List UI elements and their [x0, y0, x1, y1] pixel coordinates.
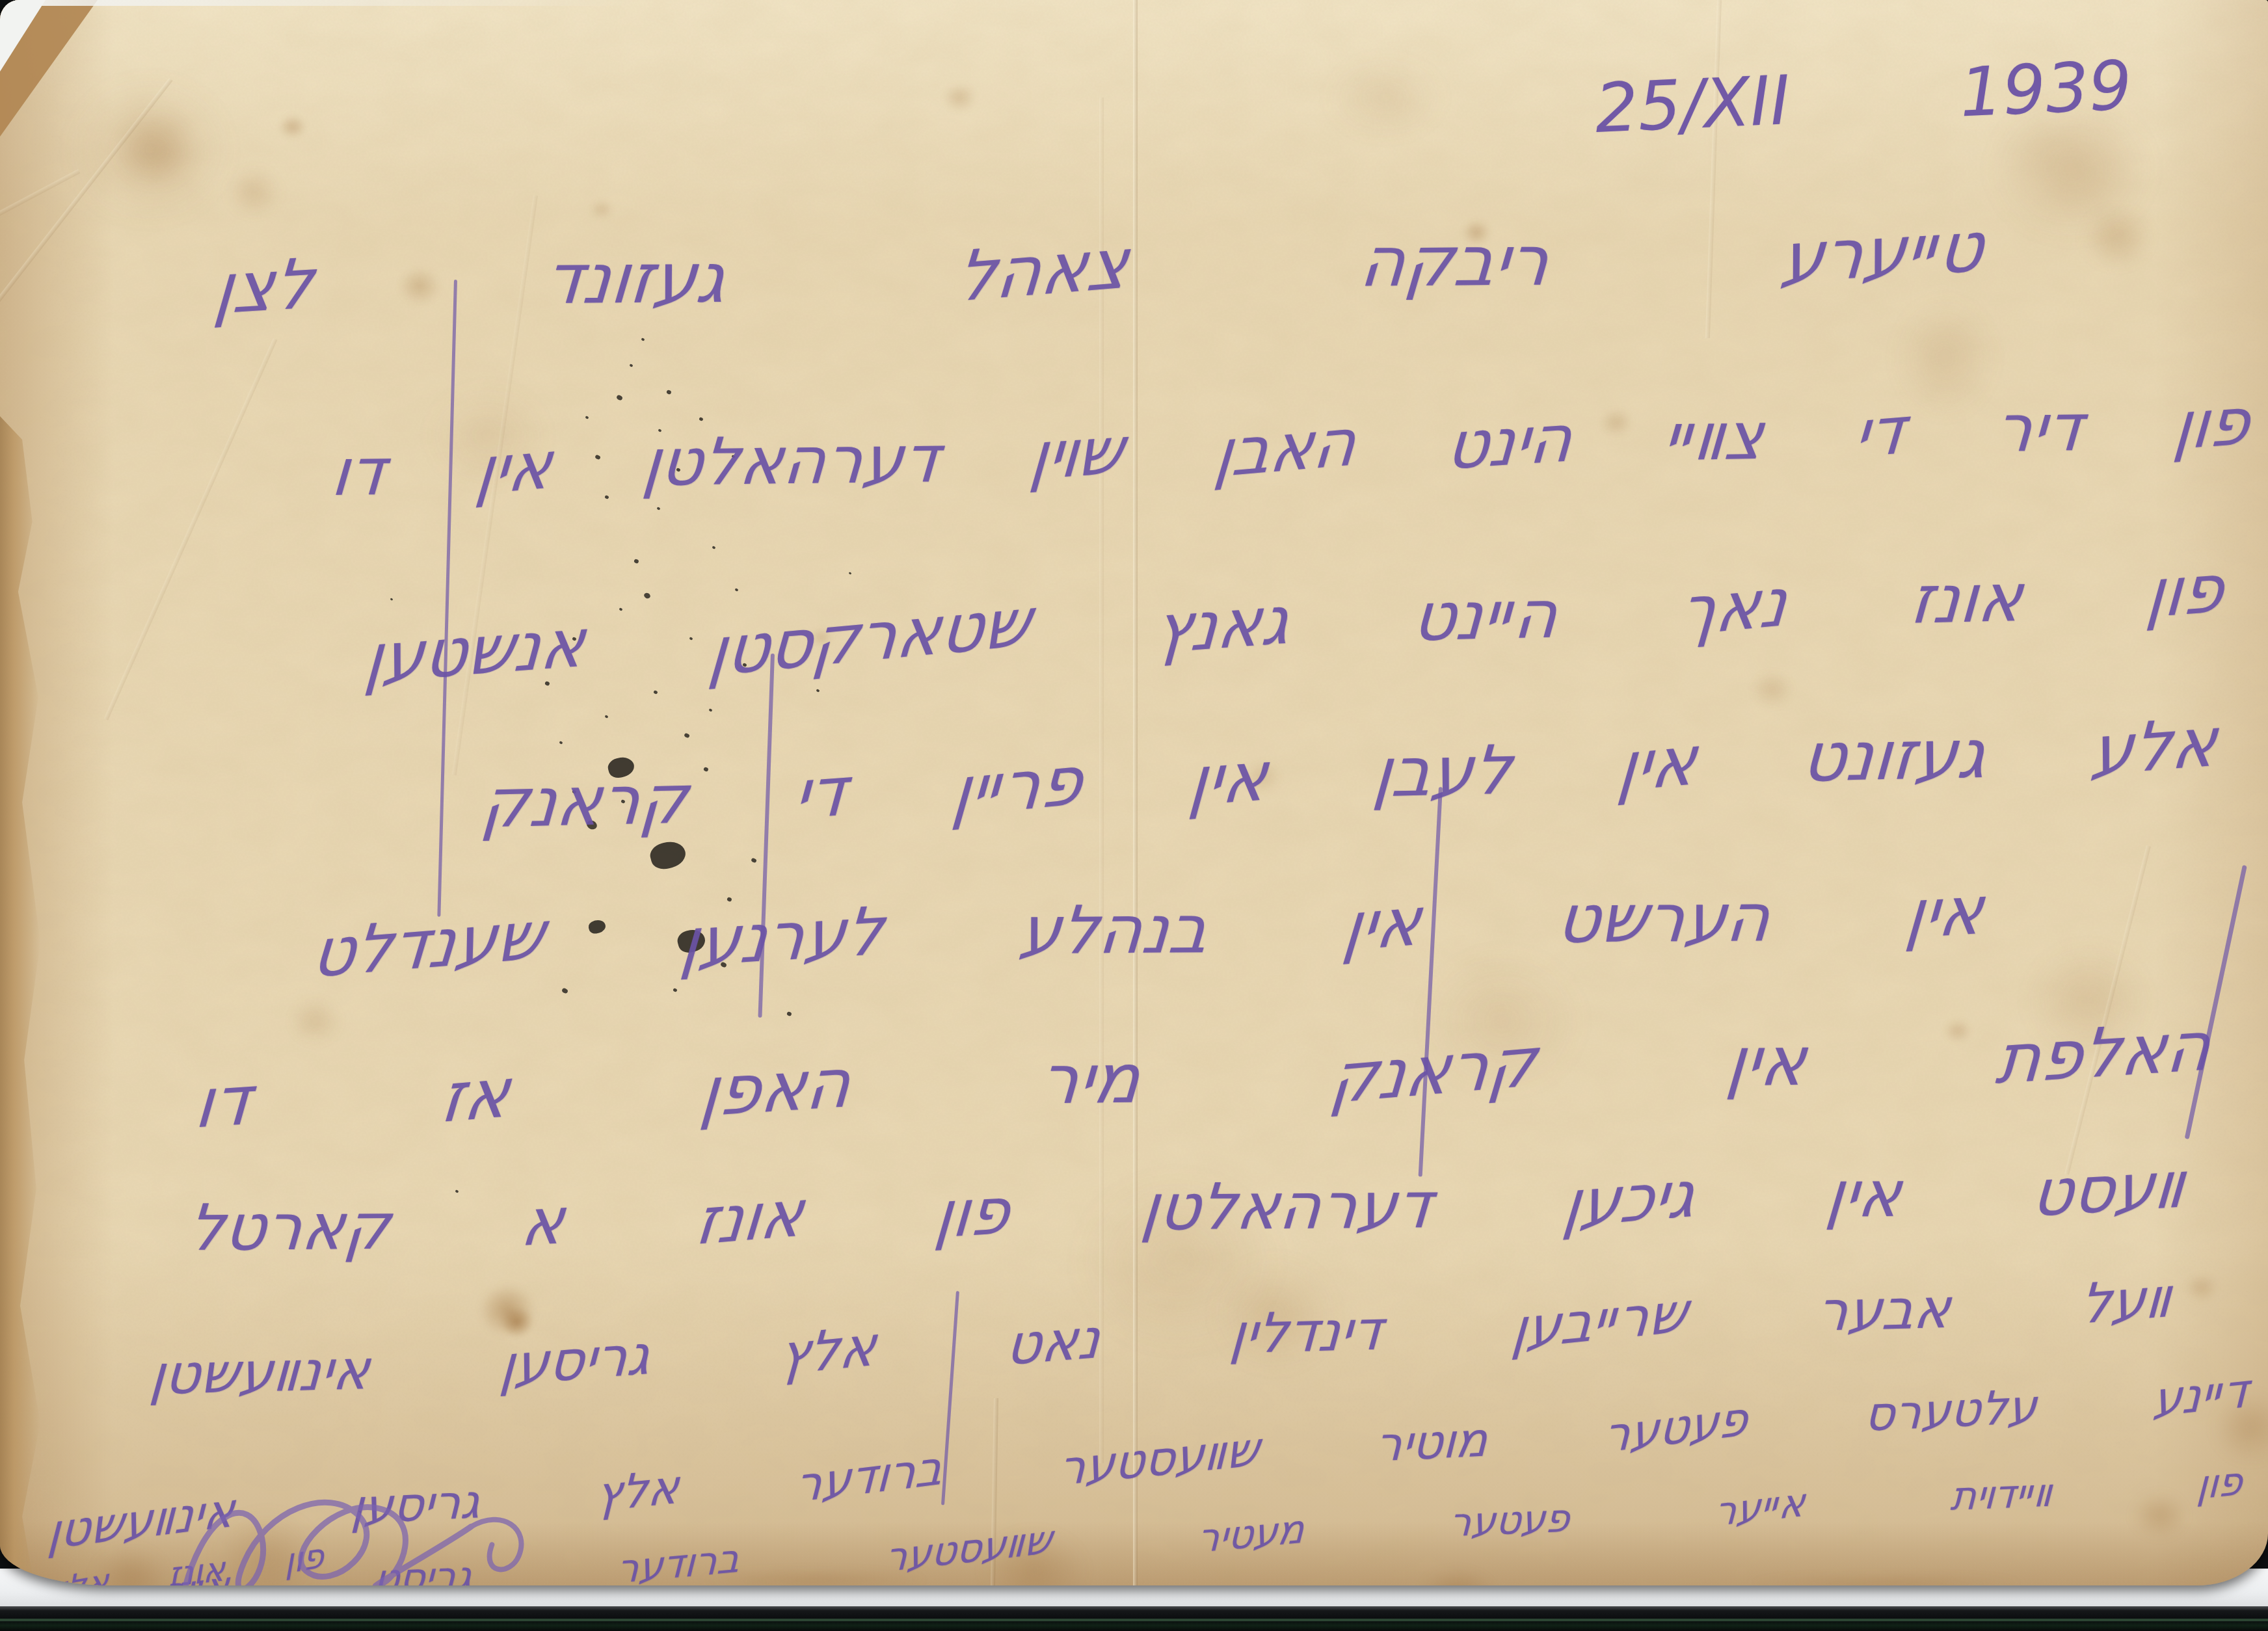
- decorative-mark: [1938, 1014, 1977, 1047]
- corner-chip-rim: [0, 0, 98, 137]
- handwritten-line-10: פוןװײדױתאײערפעטערמעטירשװעסטערברודערגריסט…: [163, 1459, 2243, 1585]
- handwritten-word: הײנט: [1409, 576, 1560, 656]
- handwritten-word: אין: [1614, 720, 1701, 808]
- handwritten-word: קראנק: [479, 760, 692, 843]
- decorative-mark: [594, 455, 601, 460]
- decorative-mark: [658, 429, 661, 432]
- handwritten-word: האפן: [697, 1042, 854, 1132]
- handwritten-word: פרײן: [948, 740, 1086, 833]
- decorative-mark: [937, 78, 982, 117]
- handwritten-word: שױן: [1027, 412, 1127, 495]
- decorative-mark: [699, 417, 703, 421]
- handwritten-word: אלע: [2088, 702, 2221, 791]
- decorative-mark: [1743, 663, 1802, 715]
- torn-left-edge: [0, 416, 40, 1585]
- decorative-mark: [1691, 1574, 2081, 1585]
- decorative-mark: [2185, 865, 2247, 1139]
- decorative-mark: [650, 1567, 976, 1585]
- handwritten-word: שרײבען: [1510, 1280, 1691, 1362]
- handwritten-word: דו: [192, 1060, 254, 1143]
- decorative-mark: [606, 754, 636, 780]
- signature-scribble: [161, 1441, 587, 1585]
- decorative-mark: [1301, 39, 1470, 156]
- handwritten-word: דערהאלטן: [1138, 1169, 1435, 1245]
- decorative-mark: [2198, 1379, 2268, 1476]
- decorative-mark: [731, 455, 735, 458]
- decorative-mark: [634, 559, 639, 564]
- handwritten-word: לעבן: [1370, 730, 1515, 813]
- postcard-scan: 25/XII 1939 טײערעריבקהצאהלגעזונדלצן פוןד…: [0, 0, 2268, 1631]
- decorative-mark: [390, 598, 394, 601]
- decorative-mark: [1705, 0, 1722, 338]
- handwritten-word: פון: [2195, 1459, 2244, 1509]
- decorative-mark: [1873, 273, 2016, 442]
- handwritten-word: טײערע: [1778, 206, 1988, 298]
- scanner-bed-green-line: [0, 1619, 2268, 1621]
- handwritten-word: אלץ: [595, 1459, 681, 1522]
- handwritten-word: הערשט: [1554, 879, 1774, 958]
- decorative-mark: [619, 607, 622, 611]
- decorative-mark: [0, 169, 80, 326]
- handwritten-word: גריסען: [350, 1474, 481, 1535]
- decorative-mark: [1457, 215, 1496, 250]
- handwritten-word: ברודער: [794, 1440, 944, 1513]
- decorative-mark: [684, 733, 690, 739]
- handwritten-word: אבער: [1815, 1277, 1954, 1344]
- decorative-mark: [708, 708, 712, 712]
- decorative-mark: [849, 572, 852, 575]
- decorative-mark: [390, 260, 449, 312]
- decorative-mark: [2003, 923, 2172, 1080]
- decorative-mark: [39, 52, 260, 247]
- handwritten-word: דיר: [1993, 390, 2087, 467]
- decorative-mark: [689, 637, 693, 641]
- handwritten-date: 25/XII 1939: [1594, 46, 2134, 148]
- handwritten-word: האלפת: [1993, 1006, 2215, 1100]
- decorative-mark: [0, 78, 173, 368]
- handwritten-line-2: פוןדירדיצװײהינטהאבןשױןדערהאלטןאיןדו: [331, 384, 2251, 511]
- handwritten-word: אנשטען: [362, 604, 588, 698]
- decorative-mark: [455, 1189, 459, 1193]
- paper-grain-texture: [0, 0, 2268, 1585]
- handwritten-word: דינדלין: [1228, 1298, 1385, 1366]
- decorative-mark: [494, 1301, 540, 1344]
- handwritten-word: קארטל: [185, 1190, 394, 1266]
- handwritten-word: פון: [285, 1536, 324, 1582]
- handwritten-line-8: װעלאבערשרײבעןדינדליןנאטאלץגריסעןאינװעשטן: [149, 1267, 2172, 1408]
- decorative-mark: [403, 364, 572, 507]
- handwritten-line-6: האלפתאיןקראנקמירהאפןאזדו: [194, 1010, 2212, 1142]
- decorative-mark: [2120, 1483, 2198, 1548]
- decorative-mark: [666, 390, 672, 395]
- handwritten-word: ברודער: [615, 1535, 741, 1585]
- handwritten-word: פעטער: [1448, 1496, 1571, 1546]
- decorative-mark: [1236, 754, 1288, 800]
- decorative-mark: [1041, 1145, 1314, 1379]
- handwritten-word: מיר: [1037, 1039, 1144, 1120]
- decorative-mark: [676, 468, 680, 472]
- decorative-mark: [452, 195, 538, 775]
- date-year: 1939: [1958, 46, 2134, 132]
- handwritten-word: אלץ: [777, 1314, 879, 1388]
- handwritten-word: אין: [1724, 1022, 1809, 1102]
- handwritten-line-7: װעסטאיןגיכעןדערהאלטןפוןאונזאקארטל: [188, 1151, 2186, 1267]
- decorative-mark: [98, 98, 215, 202]
- decorative-mark: [572, 789, 576, 794]
- handwritten-word: שװעסטער: [1058, 1421, 1261, 1496]
- decorative-mark: [1419, 787, 1443, 1176]
- decorative-mark: [572, 637, 576, 641]
- handwritten-word: פון: [2143, 550, 2227, 633]
- handwritten-word: פון: [932, 1174, 1014, 1253]
- handwritten-word: בנהלע: [1016, 891, 1211, 970]
- date-day-month: 25/XII: [1594, 60, 1792, 148]
- decorative-mark: [941, 1291, 959, 1505]
- handwritten-word: דו: [328, 434, 389, 511]
- decorative-mark: [675, 927, 707, 955]
- decorative-mark: [437, 280, 457, 917]
- handwritten-word: אײער: [1713, 1479, 1808, 1536]
- decorative-mark: [468, 1275, 546, 1346]
- decorative-mark: [656, 507, 660, 511]
- handwritten-word: װעל: [2078, 1265, 2174, 1336]
- handwritten-word: מוטיר: [1374, 1412, 1489, 1472]
- decorative-mark: [104, 338, 278, 721]
- decorative-mark: [1594, 403, 1639, 442]
- handwritten-word: די: [791, 751, 849, 835]
- handwritten-line-11: פוןאונזאלע: [44, 1537, 327, 1585]
- handwritten-word: לערנען: [677, 892, 887, 982]
- decorative-mark: [991, 1398, 998, 1585]
- decorative-mark: [734, 588, 738, 592]
- decorative-mark: [616, 394, 623, 401]
- decorative-mark: [629, 364, 633, 367]
- decorative-mark: [786, 1011, 792, 1016]
- decorative-mark: [215, 156, 293, 228]
- handwritten-word: אין: [1340, 882, 1426, 967]
- decorative-mark: [751, 858, 757, 864]
- decorative-mark: [712, 546, 715, 550]
- decorative-mark: [758, 654, 775, 1018]
- handwritten-word: װײדױת: [1949, 1470, 2053, 1520]
- handwritten-line-4: אלעגעזונטאיןלעבןאיןפרײןדיקראנק: [481, 704, 2219, 844]
- decorative-mark: [1964, 78, 2179, 260]
- decorative-mark: [1133, 0, 1138, 1585]
- handwritten-word: פעטער: [1603, 1390, 1750, 1463]
- decorative-mark: [653, 690, 658, 695]
- decorative-mark: [280, 988, 351, 1054]
- handwritten-word: אינװעשטן: [46, 1482, 237, 1560]
- handwritten-word: שענדלט: [308, 896, 548, 993]
- handwritten-word: גריסען: [498, 1322, 652, 1398]
- handwritten-word: נאך: [1677, 563, 1791, 652]
- decorative-mark: [620, 799, 625, 804]
- aged-paper: 25/XII 1939 טײערעריבקהצאהלגעזונדלצן פוןד…: [0, 0, 2268, 1585]
- handwritten-word: געזונד: [542, 238, 729, 319]
- handwritten-word: גיכען: [1560, 1157, 1699, 1243]
- handwritten-word: דײנע: [2152, 1362, 2250, 1427]
- decorative-mark: [585, 819, 598, 830]
- decorative-mark: [641, 338, 645, 341]
- decorative-mark: [807, 624, 836, 650]
- handwritten-word: עלטערס: [1863, 1379, 2038, 1442]
- handwritten-word: אונז: [1908, 559, 2026, 639]
- handwritten-word: װעסט: [2029, 1148, 2189, 1232]
- decorative-mark: [963, 1515, 1106, 1585]
- decorative-mark: [742, 663, 747, 667]
- handwritten-word: גאנץ: [1153, 581, 1293, 669]
- handwritten-word: קראנק: [1327, 1021, 1541, 1119]
- decorative-mark: [673, 988, 677, 992]
- handwritten-word: געזונט: [1799, 714, 1989, 797]
- handwritten-word: פון: [2170, 383, 2254, 464]
- decorative-mark: [648, 838, 689, 873]
- decorative-mark: [720, 961, 727, 968]
- handwritten-word: גריסט: [373, 1553, 473, 1585]
- decorative-mark: [643, 592, 651, 599]
- handwritten-word: צאהל: [954, 222, 1133, 317]
- decorative-mark: [2064, 845, 2151, 1174]
- handwritten-word: הינט: [1444, 399, 1576, 484]
- handwritten-word: אײך: [163, 1563, 232, 1585]
- handwritten-word: אין: [1902, 871, 1987, 954]
- handwritten-word: אין: [1823, 1158, 1904, 1232]
- handwritten-word: נאט: [1004, 1306, 1103, 1377]
- handwritten-word: לצן: [211, 243, 317, 330]
- handwritten-word: אונז: [692, 1176, 808, 1260]
- decorative-mark: [78, 1535, 182, 1585]
- handwritten-word: צװײ: [1661, 398, 1767, 475]
- decorative-mark: [703, 767, 709, 772]
- decorative-mark: [604, 495, 609, 499]
- handwritten-word: דערהאלטן: [640, 421, 943, 501]
- handwritten-line-3: פוןאונזנאךהײנטגאנץשטארקסטןאנשטען: [364, 551, 2225, 694]
- handwritten-word: שטארקסטן: [706, 583, 1035, 692]
- handwritten-word: אז: [437, 1052, 514, 1139]
- decorative-mark: [2179, 1268, 2224, 1307]
- decorative-mark: [273, 111, 312, 143]
- handwritten-word: האבן: [1211, 403, 1360, 492]
- handwritten-word: א: [518, 1184, 568, 1261]
- decorative-mark: [561, 987, 568, 994]
- handwritten-word: אין: [1186, 736, 1271, 822]
- decorative-mark: [1099, 98, 1104, 1463]
- handwritten-word: אין: [472, 427, 556, 510]
- handwritten-word: די: [1851, 391, 1909, 473]
- decorative-mark: [585, 416, 589, 419]
- decorative-mark: [587, 918, 607, 935]
- top-edge-sliver: [0, 0, 637, 6]
- decorative-mark: [0, 1522, 2268, 1585]
- handwritten-word: ריבקה: [1357, 220, 1553, 302]
- decorative-mark: [727, 897, 732, 902]
- decorative-mark: [585, 195, 618, 224]
- decorative-mark: [1392, 923, 1613, 1119]
- decorative-mark: [544, 681, 550, 686]
- decorative-mark: [1405, 1561, 1509, 1585]
- handwritten-line-5: איןהערשטאיןבנהלעלערנעןשענדלט: [312, 873, 1984, 986]
- handwritten-word: מעטיר: [1196, 1506, 1306, 1562]
- corner-chip: [0, 0, 46, 72]
- handwritten-word: שװעסטער: [883, 1517, 1054, 1582]
- decorative-mark: [559, 741, 563, 745]
- decorative-mark: [816, 689, 820, 693]
- handwritten-line-9: דײנעעלטערספעטערמוטירשװעסטערברודעראלץגריס…: [46, 1365, 2250, 1554]
- handwritten-word: אינװעשטן: [148, 1338, 372, 1407]
- handwritten-word: אונז: [168, 1550, 225, 1585]
- decorative-mark: [604, 715, 608, 719]
- handwritten-line-greeting: טײערעריבקהצאהלגעזונדלצן: [214, 211, 1984, 328]
- decorative-mark: [2068, 195, 2166, 280]
- decorative-mark: [195, 1496, 338, 1585]
- decorative-mark: [1190, 1236, 1359, 1392]
